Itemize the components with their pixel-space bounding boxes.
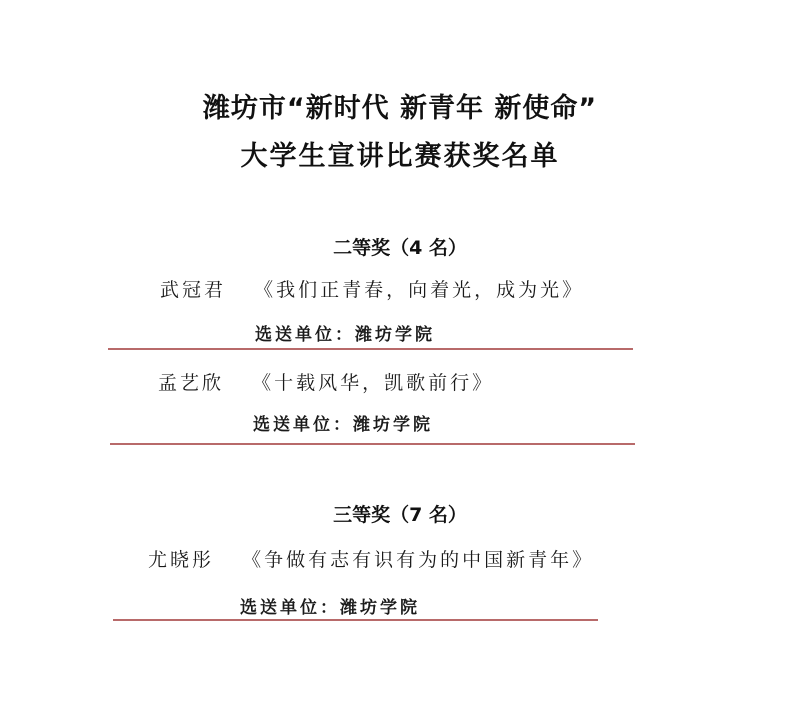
work-title: 《争做有志有识有为的中国新青年》 — [242, 549, 594, 571]
entry-line: 尤晓彤 《争做有志有识有为的中国新青年》 — [148, 545, 594, 572]
section-heading-third-prize: 三等奖（7 名） — [0, 500, 800, 527]
submitting-unit: 选送单位：潍坊学院 — [253, 410, 433, 435]
submitting-unit: 选送单位：潍坊学院 — [240, 593, 420, 618]
work-title: 《我们正青春，向着光，成为光》 — [254, 279, 584, 301]
divider-rule — [113, 619, 598, 621]
work-title: 《十载风华，凯歌前行》 — [252, 372, 494, 394]
divider-rule — [108, 348, 633, 350]
document-title-line2: 大学生宣讲比赛获奖名单 — [0, 134, 800, 173]
winner-name: 尤晓彤 — [148, 549, 214, 571]
section-heading-second-prize: 二等奖（4 名） — [0, 233, 800, 260]
winner-name: 武冠君 — [160, 279, 226, 301]
submitting-unit: 选送单位：潍坊学院 — [255, 320, 435, 345]
entry-line: 武冠君 《我们正青春，向着光，成为光》 — [160, 275, 584, 302]
document-title-line1: 潍坊市“新时代 新青年 新使命” — [0, 86, 800, 125]
divider-rule — [110, 443, 635, 445]
winner-name: 孟艺欣 — [158, 372, 224, 394]
entry-line: 孟艺欣 《十载风华，凯歌前行》 — [158, 368, 494, 395]
